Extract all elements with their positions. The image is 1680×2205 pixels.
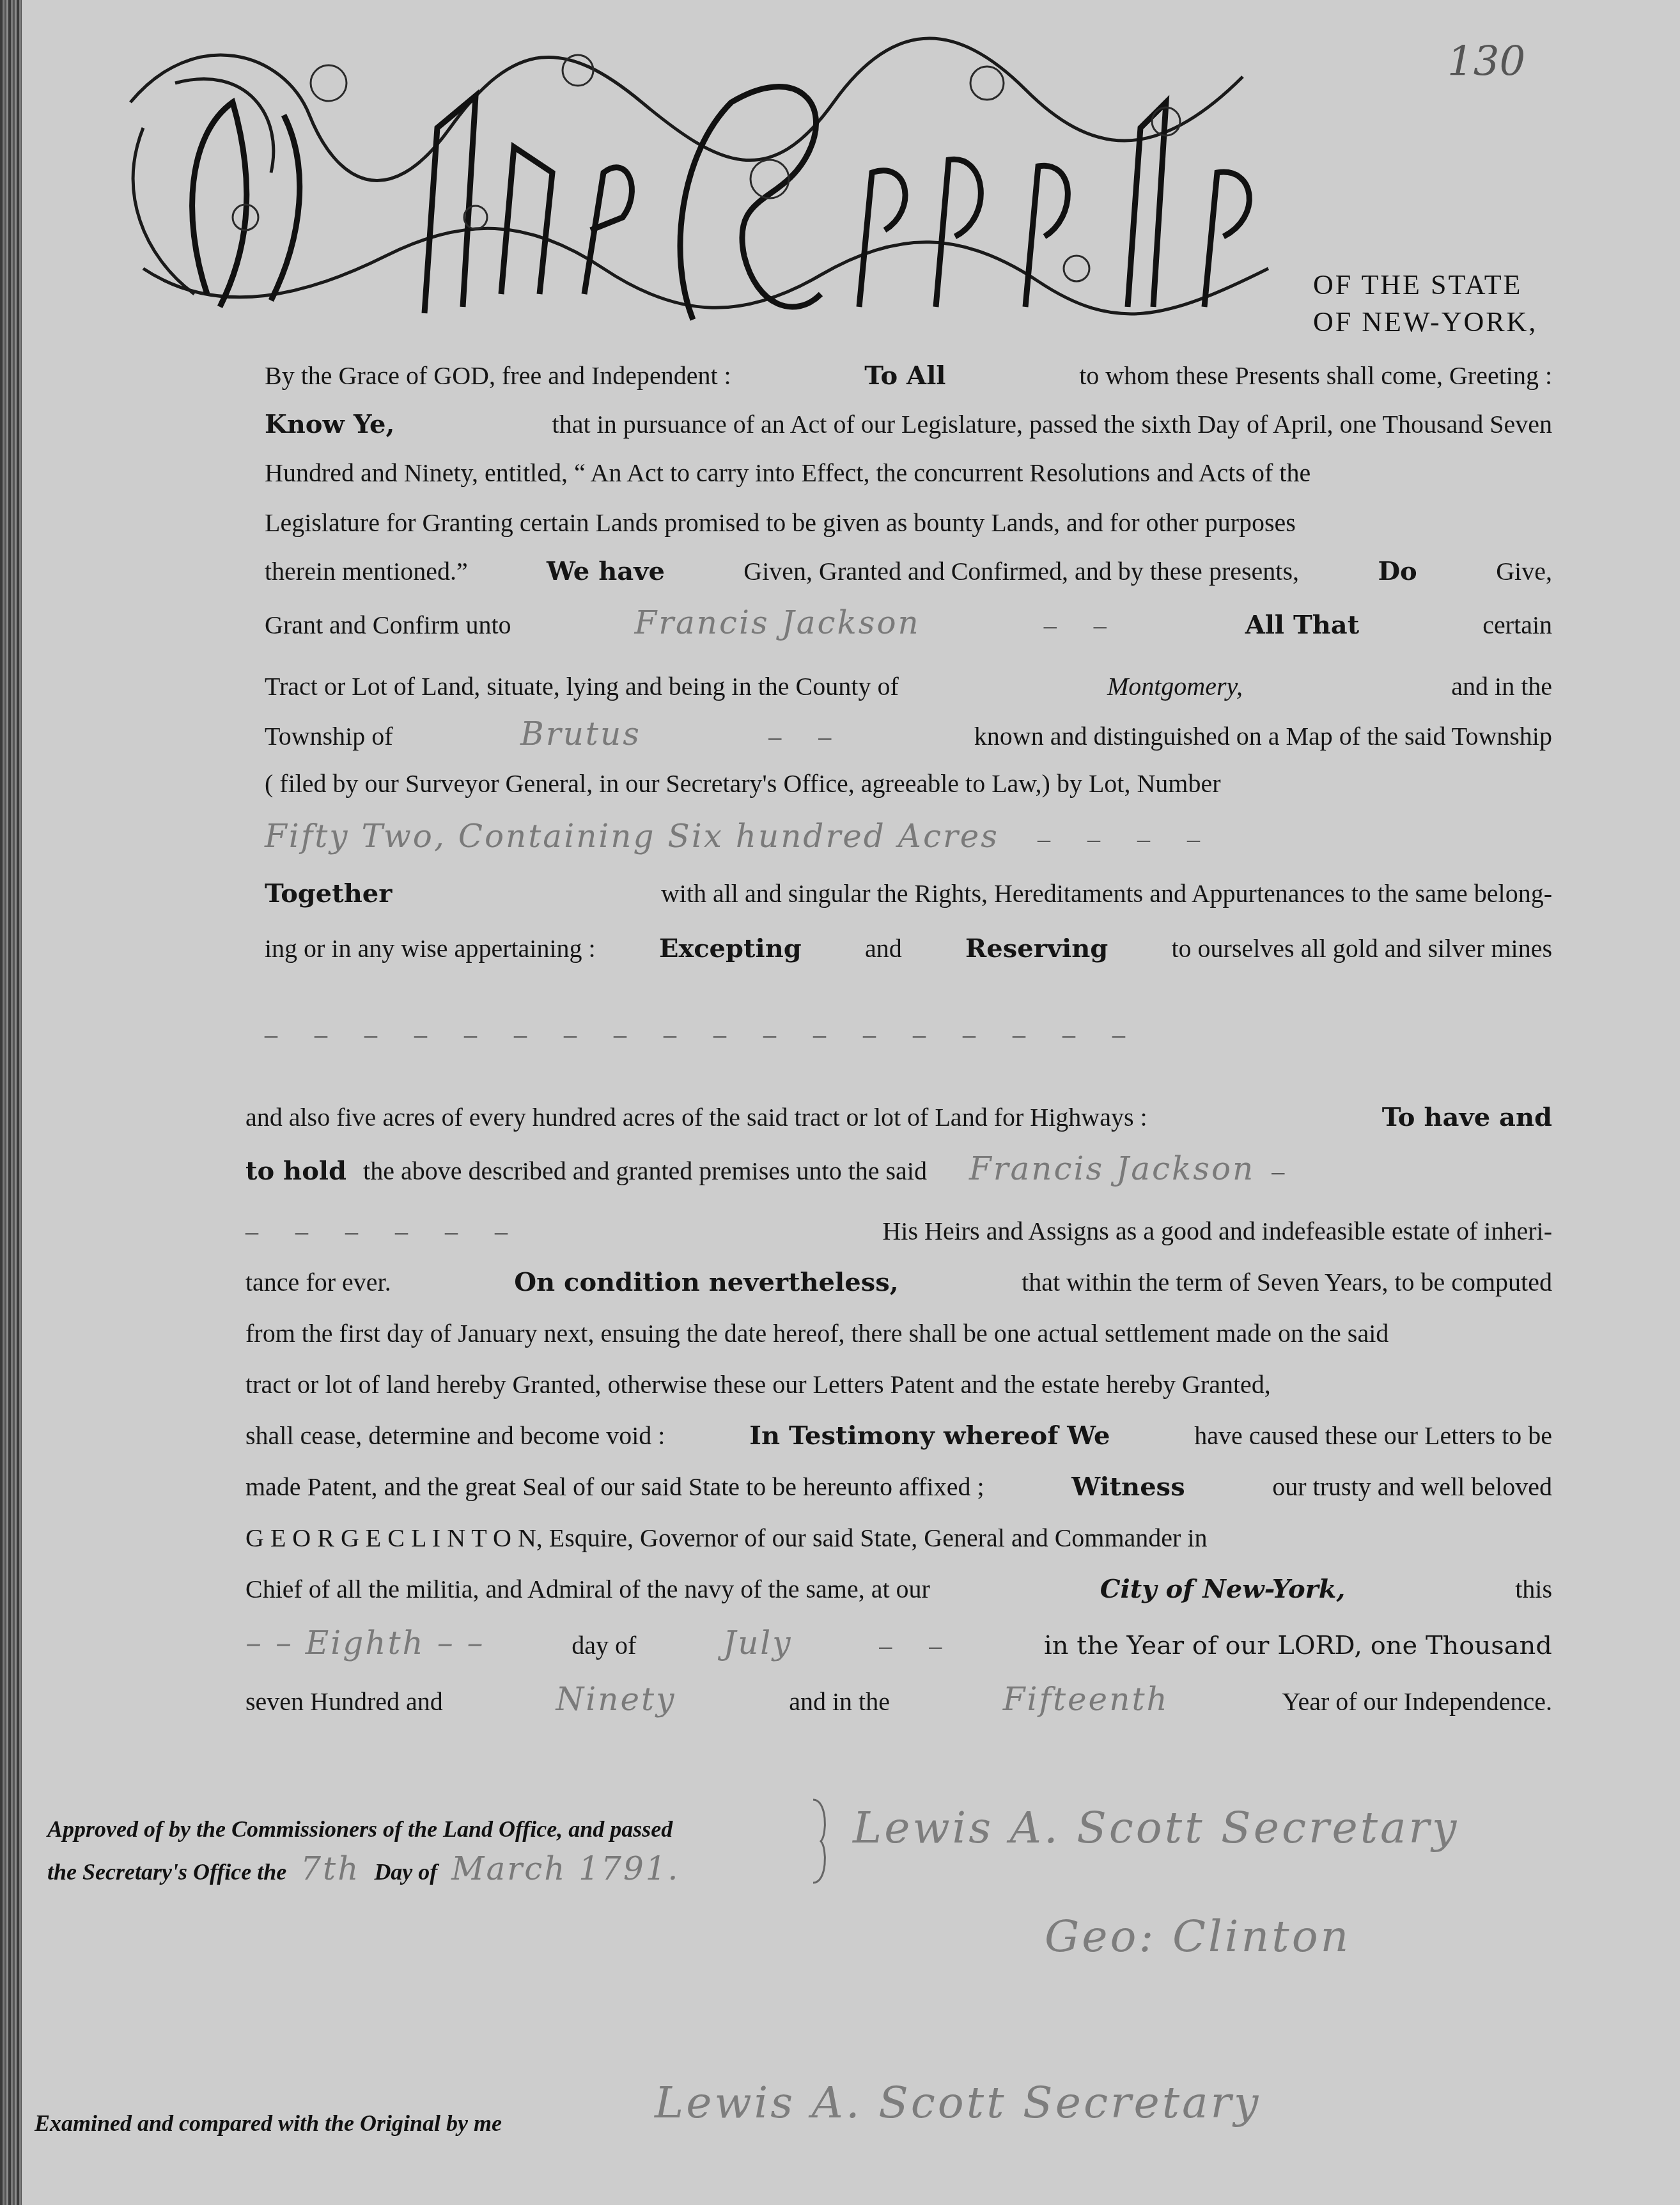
blackletter-to-hold: to hold — [245, 1153, 346, 1189]
blackletter-in-testimony-whereof-we: In Testimony whereof We — [749, 1418, 1110, 1454]
printed-text: with all and singular the Rights, Heredi… — [661, 876, 1552, 912]
printed-text: ( filed by our Surveyor General, in our … — [265, 766, 1221, 802]
city-name: City of New-York, — [1100, 1571, 1346, 1607]
handwritten-year: Ninety — [556, 1681, 676, 1717]
printed-text: Legislature for Granting certain Lands p… — [265, 505, 1296, 541]
signature-examiner: Lewis A. Scott Secretary — [655, 2078, 1261, 2128]
text-line-19: tract or lot of land hereby Granted, oth… — [245, 1367, 1552, 1403]
text-line-7: Tract or Lot of Land, situate, lying and… — [265, 669, 1552, 705]
approval-line-1: Approved of by the Commissioners of the … — [47, 1816, 673, 1843]
blackletter-to-have-and: To have and — [1382, 1100, 1552, 1135]
printed-text: certain — [1482, 607, 1552, 643]
printed-text: in the Year of our LORD, one Thousand — [1044, 1628, 1552, 1663]
printed-text: from the first day of January next, ensu… — [245, 1316, 1388, 1352]
printed-text: Grant and Confirm unto — [265, 607, 511, 643]
handwritten-page-number: 130 — [1447, 38, 1525, 86]
signature-secretary: Lewis A. Scott Secretary — [853, 1803, 1459, 1853]
printed-text: and in the — [789, 1684, 890, 1720]
handwritten-township-name: Brutus — [520, 716, 641, 752]
text-line-16: – – – – – – His Heirs and Assigns as a g… — [245, 1213, 1552, 1249]
approval-prefix: the Secretary's Office the — [47, 1858, 286, 1885]
printed-text: Given, Granted and Confirmed, and by the… — [743, 554, 1299, 589]
text-line-15: to hold the above described and granted … — [245, 1151, 1552, 1189]
printed-text: His Heirs and Assigns as a good and inde… — [882, 1213, 1552, 1249]
blackletter-excepting: Excepting — [659, 931, 802, 967]
handwritten-grantee-name: Francis Jackson — [969, 1151, 1255, 1187]
text-line-12: ing or in any wise appertaining : Except… — [265, 931, 1552, 967]
text-line-14: and also five acres of every hundred acr… — [245, 1100, 1552, 1135]
blackletter-reserving: Reserving — [965, 931, 1108, 967]
text-line-1: By the Grace of GOD, free and Independen… — [265, 358, 1552, 394]
text-line-9: ( filed by our Surveyor General, in our … — [265, 766, 1552, 802]
approval-line-2: the Secretary's Office the 7th Day of Ma… — [47, 1850, 680, 1887]
text-line-8: Township of Brutus – – known and disting… — [265, 716, 1552, 754]
text-line-6: Grant and Confirm unto Francis Jackson –… — [265, 605, 1552, 643]
blackletter-all-that: All That — [1245, 607, 1360, 643]
printed-text: shall cease, determine and become void : — [245, 1418, 665, 1454]
signature-governor: Geo: Clinton — [1045, 1912, 1351, 1962]
handwritten-grantee-name: Francis Jackson — [634, 605, 920, 641]
blackletter-to-all: To All — [864, 358, 945, 394]
printed-text: to whom these Presents shall come, Greet… — [1079, 358, 1552, 394]
book-binding-edge — [0, 0, 22, 2205]
text-line-21: made Patent, and the great Seal of our s… — [245, 1469, 1552, 1505]
printed-text: the above described and granted premises… — [363, 1153, 927, 1189]
handwritten-approval-date: March 1791. — [451, 1850, 680, 1887]
printed-text: Township of — [265, 719, 393, 754]
printed-text: that in pursuance of an Act of our Legis… — [552, 407, 1552, 442]
printed-text: tance for ever. — [245, 1265, 391, 1300]
handwritten-independence-year: Fifteenth — [1003, 1681, 1169, 1717]
handwritten-lot-and-acreage: Fifty Two, Containing Six hundred Acres — [265, 818, 999, 854]
printed-text: and in the — [1451, 669, 1552, 705]
blackletter-do: Do — [1378, 554, 1417, 589]
printed-text: Tract or Lot of Land, situate, lying and… — [265, 669, 899, 705]
fill-dashes: – – – – – – – – – – – – – – – – – – — [265, 1017, 1140, 1052]
fill-dashes: – – — [879, 1628, 957, 1663]
printed-text: and — [865, 931, 902, 967]
printed-text: day of — [572, 1628, 636, 1663]
blackletter-together: Together — [265, 876, 392, 912]
text-line-24: – – Eighth – – day of July – – in the Ye… — [245, 1625, 1552, 1663]
text-line-22: G E O R G E C L I N T O N, Esquire, Gove… — [245, 1520, 1552, 1556]
printed-text: known and distinguished on a Map of the … — [974, 719, 1552, 754]
printed-text: tract or lot of land hereby Granted, oth… — [245, 1367, 1271, 1403]
blackletter-on-condition-nevertheless: On condition nevertheless, — [514, 1265, 898, 1300]
text-line-3: Hundred and Ninety, entitled, “ An Act t… — [265, 455, 1552, 491]
handwritten-month: July — [723, 1625, 792, 1661]
printed-text: to ourselves all gold and silver mines — [1172, 931, 1552, 967]
text-line-10: Fifty Two, Containing Six hundred Acres … — [265, 818, 1552, 857]
text-line-18: from the first day of January next, ensu… — [245, 1316, 1552, 1352]
examined-label: Examined and compared with the Original … — [35, 2110, 502, 2137]
text-line-11: Together with all and singular the Right… — [265, 876, 1552, 912]
fill-dashes: – – – – – – — [245, 1213, 523, 1249]
printed-text: Chief of all the militia, and Admiral of… — [245, 1571, 930, 1607]
text-line-13-dashes: – – – – – – – – – – – – – – – – – – — [265, 1017, 1552, 1052]
title-of-new-york: OF NEW-YORK, — [1313, 306, 1537, 338]
handwritten-approval-day: 7th — [300, 1850, 360, 1887]
text-line-17: tance for ever. On condition nevertheles… — [245, 1265, 1552, 1300]
blackletter-we-have: We have — [547, 554, 665, 589]
printed-text: made Patent, and the great Seal of our s… — [245, 1469, 984, 1505]
printed-text: seven Hundred and — [245, 1684, 443, 1720]
printed-text: Hundred and Ninety, entitled, “ An Act t… — [265, 455, 1311, 491]
ornamental-title-the-people — [118, 26, 1287, 326]
blackletter-know-ye: Know Ye, — [265, 407, 394, 442]
land-patent-page: 130 OF THE STATE OF NEW-YORK, By the Gra… — [22, 0, 1680, 2205]
approval-day-of: Day of — [374, 1858, 437, 1885]
brace-icon — [808, 1796, 834, 1886]
printed-text: By the Grace of GOD, free and Independen… — [265, 358, 731, 394]
printed-text: Give, — [1496, 554, 1552, 589]
printed-text: therein mentioned.” — [265, 554, 468, 589]
printed-text: Year of our Independence. — [1282, 1684, 1552, 1720]
printed-text: G E O R G E C L I N T O N, Esquire, Gove… — [245, 1520, 1208, 1556]
text-line-2: Know Ye, that in pursuance of an Act of … — [265, 407, 1552, 442]
handwritten-day: – – Eighth – – — [245, 1625, 485, 1661]
printed-text: and also five acres of every hundred acr… — [245, 1100, 1147, 1135]
title-of-the-state: OF THE STATE — [1313, 269, 1522, 301]
printed-text: have caused these our Letters to be — [1194, 1418, 1552, 1454]
text-line-20: shall cease, determine and become void :… — [245, 1418, 1552, 1454]
printed-text: that within the term of Seven Years, to … — [1022, 1265, 1552, 1300]
text-line-4: Legislature for Granting certain Lands p… — [265, 505, 1552, 541]
fill-dashes: – – — [768, 719, 846, 754]
blackletter-witness: Witness — [1071, 1469, 1185, 1505]
text-line-23: Chief of all the militia, and Admiral of… — [245, 1571, 1552, 1607]
printed-text: our trusty and well beloved — [1272, 1469, 1552, 1505]
text-line-25: seven Hundred and Ninety and in the Fift… — [245, 1681, 1552, 1720]
fill-dashes: – – — [1044, 607, 1122, 643]
fill-dashes: – — [1272, 1153, 1300, 1189]
fill-dashes: – – – – — [1038, 821, 1215, 857]
printed-text: this — [1515, 1571, 1552, 1607]
text-line-5: therein mentioned.” We have Given, Grant… — [265, 554, 1552, 589]
county-name: Montgomery, — [1107, 669, 1243, 705]
printed-text: ing or in any wise appertaining : — [265, 931, 596, 967]
